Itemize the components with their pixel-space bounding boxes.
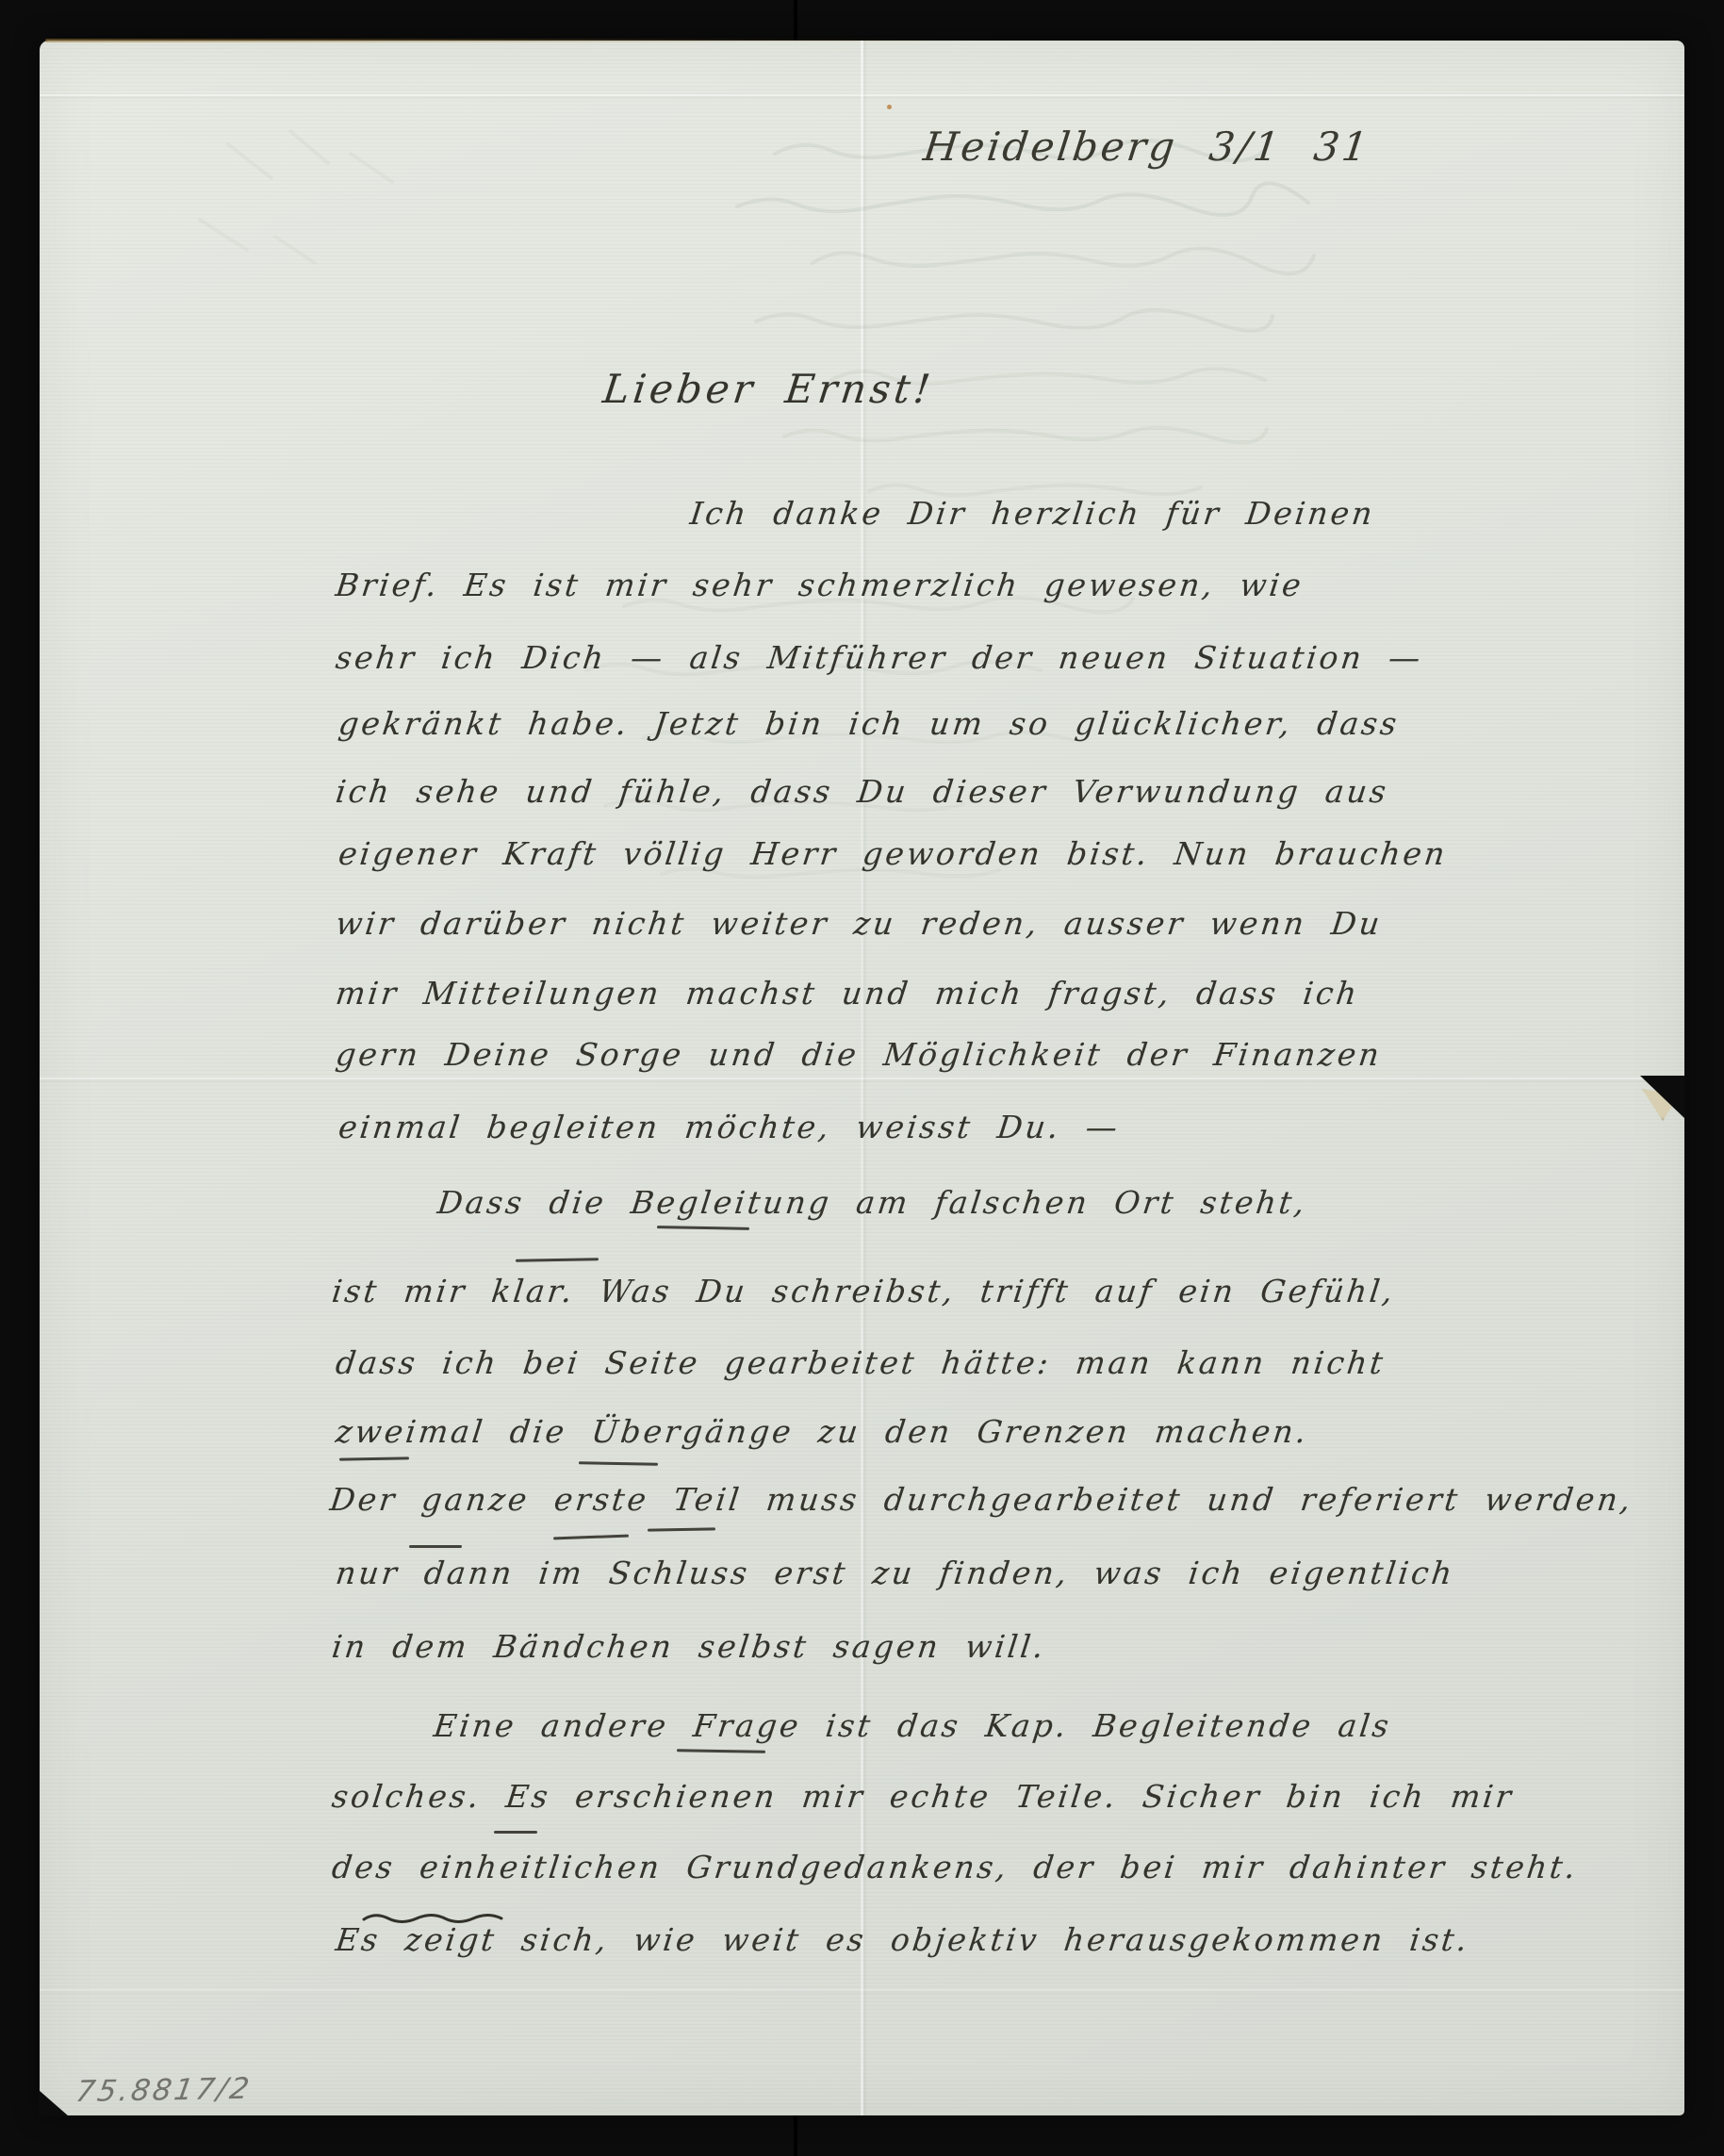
underline-stroke <box>579 1461 658 1465</box>
letter-line: Dass die Begleitung am falschen Ort steh… <box>435 1184 1309 1221</box>
letter-line: Der ganze erste Teil muss durchgearbeite… <box>328 1481 1635 1518</box>
underline-stroke <box>516 1258 599 1262</box>
letter-line: Eine andere Frage ist das Kap. Begleiten… <box>432 1707 1393 1744</box>
archive-number: 75.8817/2 <box>74 2072 254 2109</box>
letter-line: in dem Bändchen selbst sagen will. <box>330 1628 1048 1665</box>
letter-line: einmal begleiten möchte, weisst Du. — <box>337 1109 1122 1145</box>
salutation: Lieber Ernst! <box>600 366 936 412</box>
underline-stroke <box>677 1749 765 1753</box>
letter-line: solches. Es erschienen mir echte Teile. … <box>330 1778 1516 1815</box>
letter-line: gern Deine Sorge und die Möglichkeit der… <box>334 1036 1384 1073</box>
letter-line: mir Mitteilungen machst und mich fragst,… <box>334 975 1361 1012</box>
photo-background: Heidelberg 3/1 31 Lieber Ernst! Ich dank… <box>0 0 1724 2156</box>
ink-speck <box>887 105 892 109</box>
underline-stroke <box>648 1527 715 1531</box>
letter-line: ist mir klar. Was Du schreibst, trifft a… <box>330 1273 1398 1309</box>
letter-paper: Heidelberg 3/1 31 Lieber Ernst! Ich dank… <box>40 41 1684 2115</box>
letter-line: eigener Kraft völlig Herr geworden bist.… <box>337 835 1450 872</box>
clipped-corner <box>39 2090 69 2116</box>
letter-line: wir darüber nicht weiter zu reden, ausse… <box>334 905 1385 942</box>
underline-stroke <box>657 1226 749 1230</box>
letter-line: Brief. Es ist mir sehr schmerzlich gewes… <box>334 567 1305 603</box>
letter-line: ich sehe und fühle, dass Du dieser Verwu… <box>334 773 1390 810</box>
letter-line: gekränkt habe. Jetzt bin ich um so glück… <box>337 705 1402 742</box>
letter-line: Ich danke Dir herzlich für Deinen <box>688 495 1377 532</box>
letter-line: zweimal die Übergänge zu den Grenzen mac… <box>334 1413 1311 1450</box>
underline-stroke <box>494 1831 537 1834</box>
underline-stroke <box>409 1545 462 1548</box>
dateline: Heidelberg 3/1 31 <box>921 123 1373 170</box>
underline-stroke <box>339 1457 409 1460</box>
letter-line: dass ich bei Seite gearbeitet hätte: man… <box>334 1344 1387 1381</box>
letter-line: nur dann im Schluss erst zu finden, was … <box>334 1555 1456 1591</box>
letter-line: sehr ich Dich — als Mitführer der neuen … <box>334 639 1425 676</box>
letter-line: Es zeigt sich, wie weit es objektiv hera… <box>334 1921 1471 1958</box>
letter-line: des einheitlichen Grundgedankens, der be… <box>330 1849 1580 1885</box>
underline-stroke <box>553 1535 629 1540</box>
wavy-underline-stroke <box>362 1913 505 1924</box>
